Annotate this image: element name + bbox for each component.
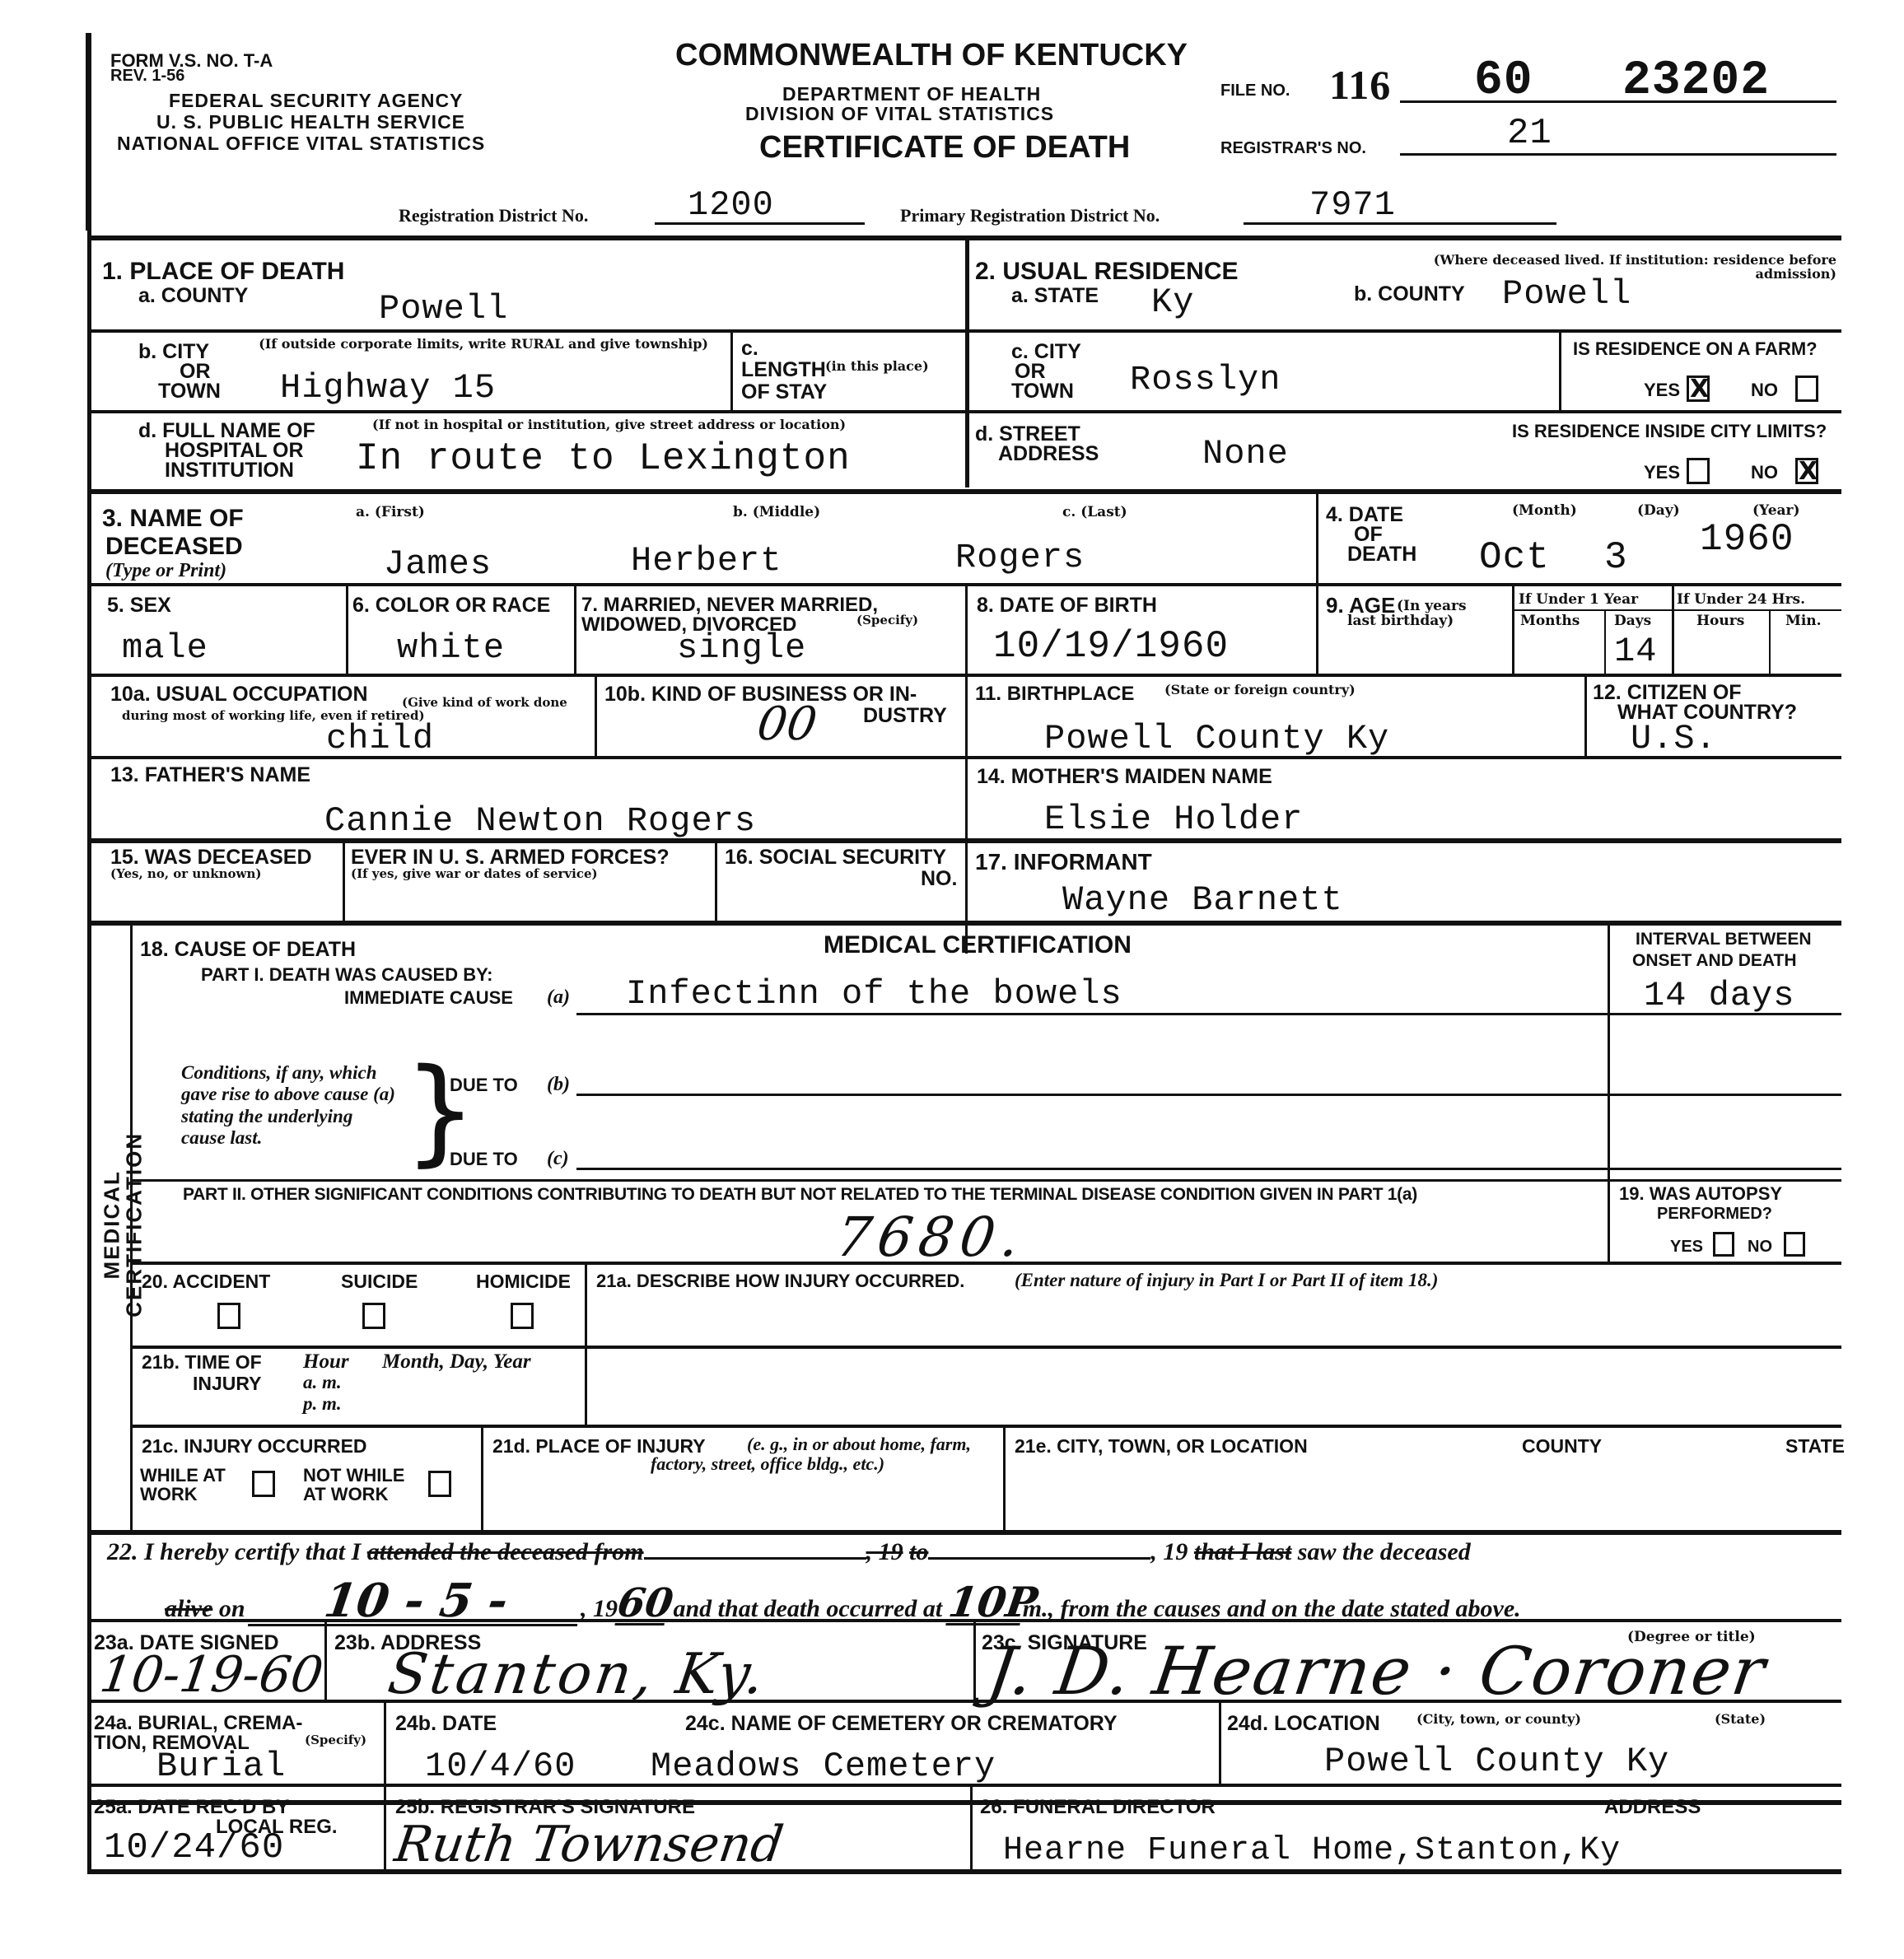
res-county-label: b. COUNTY xyxy=(1354,283,1465,305)
mdy-label: Month, Day, Year xyxy=(382,1350,531,1374)
accident-label: 20. ACCIDENT xyxy=(142,1271,270,1291)
recd-divider xyxy=(384,1787,386,1869)
stay-divider xyxy=(730,329,733,410)
informant-value: Wayne Barnett xyxy=(1062,883,1343,917)
registrar-sig-label: 25b. REGISTRAR'S SIGNATURE xyxy=(395,1797,695,1817)
not-while-work-checkbox[interactable] xyxy=(428,1471,451,1497)
residence-state-value: Ky xyxy=(1151,285,1194,320)
homicide-checkbox[interactable] xyxy=(511,1303,534,1329)
date-signed-value: 10-19-60 xyxy=(97,1650,326,1700)
burial-label-1: 24a. BURIAL, CREMA- xyxy=(94,1713,302,1733)
medical-side-label: MEDICAL CERTIFICATION xyxy=(101,1084,147,1364)
place-of-death-title: 1. PLACE OF DEATH xyxy=(102,259,344,285)
father-label: 13. FATHER'S NAME xyxy=(110,764,310,786)
dod-month-value: Oct xyxy=(1479,539,1550,576)
marital-label-1: 7. MARRIED, NEVER MARRIED, xyxy=(581,595,878,615)
registrar-divider xyxy=(970,1787,973,1869)
department-title: DEPARTMENT OF HEALTH xyxy=(782,84,1041,104)
part1-label: PART I. DEATH WAS CAUSED BY: xyxy=(201,965,492,984)
cert-struck-last: that I last xyxy=(1194,1538,1291,1565)
mother-value: Elsie Holder xyxy=(1044,802,1303,837)
last-name-value: Rogers xyxy=(955,540,1085,575)
residence-county-value: Powell xyxy=(1502,277,1631,311)
interval-label-1: INTERVAL BETWEEN xyxy=(1636,931,1812,949)
ssn-label-2: NO. xyxy=(921,868,957,889)
race-value: white xyxy=(397,631,505,665)
sex-value: male xyxy=(122,631,208,665)
autopsy-no-label: NO xyxy=(1748,1238,1772,1256)
row-divider-8 xyxy=(89,921,1841,926)
year-label: (Year) xyxy=(1752,504,1800,519)
location-value: Powell County Ky xyxy=(1324,1744,1669,1779)
recd-label-1: 25a. DATE REC'D BY xyxy=(94,1797,289,1817)
farm-no-label: NO xyxy=(1751,380,1778,399)
not-while-work-label: NOT WHILE AT WORK xyxy=(303,1466,427,1504)
deceased-label-3: (Type or Print) xyxy=(105,560,226,581)
marital-specify: (Specify) xyxy=(856,614,918,627)
months-label: Months xyxy=(1520,614,1580,629)
residence-title: 2. USUAL RESIDENCE xyxy=(975,259,1239,285)
farm-question: IS RESIDENCE ON A FARM? xyxy=(1573,339,1818,358)
file-no-label: FILE NO. xyxy=(1220,82,1290,100)
min-divider xyxy=(1769,609,1771,674)
dod-label-3: DEATH xyxy=(1347,543,1416,565)
under-1-year-label: If Under 1 Year xyxy=(1519,593,1638,608)
armed-divider-1 xyxy=(343,843,345,922)
date-signed-divider xyxy=(324,1622,327,1703)
city-note: (If outside corporate limits, write RURA… xyxy=(232,338,708,352)
hours-label: Hours xyxy=(1696,614,1744,629)
stay-note: (in this place) xyxy=(825,360,929,374)
registration-top-line xyxy=(89,1784,1841,1787)
autopsy-label-2: PERFORMED? xyxy=(1657,1206,1772,1223)
hospital-note: (If not in hospital or institution, give… xyxy=(372,418,952,432)
residence-street-value: None xyxy=(1202,436,1289,471)
armed-label-1: 15. WAS DECEASED xyxy=(110,847,312,868)
certification-top-line xyxy=(89,1530,1841,1535)
cause-label: 18. CAUSE OF DEATH xyxy=(140,939,356,960)
cemetery-label: 24c. NAME OF CEMETERY OR CREMATORY xyxy=(685,1713,1118,1734)
injury-top-line xyxy=(132,1262,1841,1265)
burial-date-value: 10/4/60 xyxy=(425,1749,576,1784)
while-work-label: WHILE AT WORK xyxy=(140,1466,239,1504)
location-note: (City, town, or county) xyxy=(1416,1713,1581,1727)
farm-yes-label: YES xyxy=(1644,380,1680,399)
burial-date-label: 24b. DATE xyxy=(395,1713,497,1734)
interval-label-2: ONSET AND DEATH xyxy=(1632,952,1797,970)
occupation-divider xyxy=(595,677,597,758)
primary-district-label: Primary Registration District No. xyxy=(900,206,1160,225)
informant-label: 17. INFORMANT xyxy=(975,850,1152,874)
file-no-year: 60 xyxy=(1474,58,1533,105)
suicide-checkbox[interactable] xyxy=(362,1303,385,1329)
days-label: Days xyxy=(1614,614,1651,629)
frame-bottom xyxy=(87,1800,1841,1805)
injury-mid-line xyxy=(132,1346,1841,1349)
middle-name-label: b. (Middle) xyxy=(733,506,820,520)
division-title: DIVISION OF VITAL STATISTICS xyxy=(745,104,1054,124)
business-divider xyxy=(965,677,968,954)
last-name-label: c. (Last) xyxy=(1062,506,1127,520)
city-limits-question: IS RESIDENCE INSIDE CITY LIMITS? xyxy=(1512,422,1827,441)
funeral-label: 26. FUNERAL DIRECTOR xyxy=(980,1797,1216,1817)
accident-checkbox[interactable] xyxy=(217,1303,240,1329)
month-label: (Month) xyxy=(1512,504,1577,519)
cert-line-1: 22. I hereby certify that I attended the… xyxy=(107,1538,1471,1565)
armed-note-1: (Yes, no, or unknown) xyxy=(110,868,261,881)
middle-name-value: Herbert xyxy=(631,543,782,578)
farm-no-checkbox[interactable] xyxy=(1795,375,1818,402)
hospital-label-3: INSTITUTION xyxy=(165,459,294,481)
county-injury-label: COUNTY xyxy=(1522,1436,1602,1456)
row-divider-3 xyxy=(89,489,1841,494)
while-work-checkbox[interactable] xyxy=(252,1471,275,1497)
registrar-no-line xyxy=(1400,153,1836,156)
cert-19-a: , 19 xyxy=(866,1538,903,1565)
deceased-label-1: 3. NAME OF xyxy=(102,506,244,532)
registration-bottom-line xyxy=(87,1869,1841,1874)
medical-section-title: MEDICAL CERTIFICATION xyxy=(824,932,1132,959)
address-divider xyxy=(973,1622,976,1703)
birthplace-label: 11. BIRTHPLACE xyxy=(975,683,1134,704)
business-label-2: DUSTRY xyxy=(863,705,947,726)
day-label: (Day) xyxy=(1637,504,1680,519)
state-injury-label: STATE xyxy=(1785,1436,1845,1456)
county-label: a. COUNTY xyxy=(138,285,248,306)
injury-how-label: 21a. DESCRIBE HOW INJURY OCCURRED. xyxy=(596,1271,964,1290)
mother-label: 14. MOTHER'S MAIDEN NAME xyxy=(977,766,1272,787)
time-label-1: 21b. TIME OF xyxy=(142,1352,262,1372)
limits-yes-checkbox[interactable] xyxy=(1687,458,1710,484)
citizen-value: U.S. xyxy=(1631,721,1717,756)
limits-no-label: NO xyxy=(1751,463,1778,482)
time-label-2: INJURY xyxy=(193,1374,262,1393)
row-divider-2 xyxy=(89,410,1841,413)
burial-value: Burial xyxy=(156,1749,286,1784)
first-name-value: James xyxy=(384,547,492,581)
file-no-line xyxy=(1400,100,1836,103)
days-divider xyxy=(1604,609,1606,674)
recd-value: 10/24/60 xyxy=(104,1830,284,1866)
death-county-value: Powell xyxy=(379,292,508,326)
ssn-label-1: 16. SOCIAL SECURITY xyxy=(725,847,946,868)
under24-divider xyxy=(1672,586,1674,674)
c-label: (c) xyxy=(547,1148,569,1169)
am-label: a. m. xyxy=(303,1372,342,1392)
form-revision: REV. 1-56 xyxy=(110,68,184,85)
registrar-no-label: REGISTRAR'S NO. xyxy=(1220,140,1366,157)
immediate-cause-value: Infectinn of the bowels xyxy=(626,977,1122,1011)
due-b-label: DUE TO xyxy=(450,1075,518,1094)
age-note-2: last birthday) xyxy=(1347,614,1454,629)
conditions-note: Conditions, if any, which gave rise to a… xyxy=(181,1062,395,1150)
death-city-value: Highway 15 xyxy=(280,371,496,405)
autopsy-no-checkbox[interactable] xyxy=(1784,1232,1805,1257)
address-value: Stanton, Ky. xyxy=(385,1647,771,1703)
certificate-title: CERTIFICATE OF DEATH xyxy=(759,132,1130,165)
age-sub-line xyxy=(1514,609,1841,611)
place-divider xyxy=(1003,1428,1006,1532)
farm-yes-mark: X xyxy=(1690,377,1709,402)
injury-low-line xyxy=(132,1425,1841,1428)
due-c-label: DUE TO xyxy=(450,1150,518,1168)
file-no-prefix: 116 xyxy=(1329,64,1391,105)
primary-district-value: 7971 xyxy=(1309,188,1396,222)
reg-district-value: 1200 xyxy=(688,188,774,222)
hospital-value: In route to Lexington xyxy=(356,440,851,478)
blank-to xyxy=(928,1557,1150,1560)
blank-from xyxy=(644,1557,866,1560)
place-injury-note: (e. g., in or about home, farm, factory,… xyxy=(544,1434,992,1474)
first-name-label: a. (First) xyxy=(356,506,425,520)
part2-code-value: 7680. xyxy=(833,1210,1029,1265)
res-city-town: TOWN xyxy=(1011,380,1074,402)
cert-19-b: , 19 xyxy=(1150,1538,1188,1565)
age-days-value: 14 xyxy=(1614,634,1657,669)
hour-label: Hour xyxy=(303,1350,349,1374)
burial-specify: (Specify) xyxy=(305,1734,366,1747)
residence-city-value: Rosslyn xyxy=(1130,362,1281,397)
armed-note-2: (If yes, give war or dates of service) xyxy=(351,868,598,881)
marital-divider xyxy=(965,586,968,674)
autopsy-yes-checkbox[interactable] xyxy=(1713,1232,1734,1257)
signature-top-line xyxy=(89,1619,1841,1622)
citizen-divider xyxy=(1584,677,1587,758)
dob-value: 10/19/1960 xyxy=(993,627,1229,665)
sex-label: 5. SEX xyxy=(107,595,171,616)
agency-line-2: U. S. PUBLIC HEALTH SERVICE xyxy=(156,112,465,132)
registration-left xyxy=(87,1784,91,1874)
injury-how-note: (Enter nature of injury in Part I or Par… xyxy=(1015,1270,1438,1290)
row-divider-1 xyxy=(89,329,1841,333)
immediate-label: IMMEDIATE CAUSE xyxy=(344,988,513,1007)
dod-year-value: 1960 xyxy=(1700,520,1794,558)
registrar-no: 21 xyxy=(1507,115,1552,152)
location-state-note: (State) xyxy=(1715,1713,1766,1727)
part2-top-line xyxy=(132,1179,1841,1182)
under-24-label: If Under 24 Hrs. xyxy=(1677,593,1805,608)
marital-value: single xyxy=(677,631,806,665)
birthplace-value: Powell County Ky xyxy=(1044,721,1389,756)
reg-district-label: Registration District No. xyxy=(399,206,588,225)
disposition-top-line xyxy=(89,1700,1841,1703)
interval-value: 14 days xyxy=(1644,978,1794,1013)
armed-label-2: EVER IN U. S. ARMED FORCES? xyxy=(351,847,670,868)
armed-divider-2 xyxy=(715,843,717,922)
state-label: a. STATE xyxy=(1011,285,1099,306)
occupation-value: child xyxy=(326,721,434,756)
birthplace-note: (State or foreign country) xyxy=(1164,683,1356,697)
deceased-label-2: DECEASED xyxy=(105,534,243,560)
due-b-line xyxy=(576,1094,1841,1096)
suicide-label: SUICIDE xyxy=(341,1271,418,1291)
funeral-address-label: ADDRESS xyxy=(1604,1797,1701,1817)
occurred-divider xyxy=(481,1428,483,1532)
b-label: (b) xyxy=(547,1074,570,1095)
autopsy-yes-label: YES xyxy=(1670,1238,1703,1256)
min-label: Min. xyxy=(1785,614,1822,629)
autopsy-label-1: 19. WAS AUTOPSY xyxy=(1619,1184,1782,1203)
limits-no-mark: X xyxy=(1799,459,1818,484)
race-divider xyxy=(574,586,576,674)
race-label: 6. COLOR OR RACE xyxy=(352,595,550,616)
agency-line-1: FEDERAL SECURITY AGENCY xyxy=(169,91,463,110)
cert-to: to xyxy=(909,1538,928,1565)
file-no-number: 23202 xyxy=(1622,58,1770,105)
dod-day-value: 3 xyxy=(1604,539,1628,576)
cert-struck-attended: attended the deceased from xyxy=(367,1538,644,1565)
homicide-label: HOMICIDE xyxy=(476,1271,571,1291)
cemetery-value: Meadows Cemetery xyxy=(651,1749,996,1784)
age-divider xyxy=(1512,586,1514,674)
cert-line-1-a: 22. I hereby certify that I xyxy=(107,1538,361,1565)
primary-district-line xyxy=(1244,222,1556,225)
city-injury-label: 21e. CITY, TOWN, OR LOCATION xyxy=(1015,1436,1308,1456)
burial-divider xyxy=(384,1703,386,1785)
due-c-line xyxy=(576,1168,1841,1170)
father-value: Cannie Newton Rogers xyxy=(324,804,756,838)
dob-label: 8. DATE OF BIRTH xyxy=(977,595,1157,616)
a-label: (a) xyxy=(547,986,570,1008)
street-label-2: ADDRESS xyxy=(998,443,1099,464)
cert-line-1-d: saw the deceased xyxy=(1298,1538,1471,1565)
limits-yes-label: YES xyxy=(1644,463,1680,482)
location-divider xyxy=(1219,1703,1221,1785)
farm-divider xyxy=(1559,329,1561,410)
agency-line-3: NATIONAL OFFICE VITAL STATISTICS xyxy=(117,133,485,153)
state-title: COMMONWEALTH OF KENTUCKY xyxy=(675,40,1188,72)
center-divider xyxy=(965,240,969,487)
signature-value: J. D. Hearne · Coroner xyxy=(983,1639,1770,1705)
sex-divider xyxy=(346,586,348,674)
pm-label: p. m. xyxy=(303,1393,342,1414)
occurred-label: 21c. INJURY OCCURRED xyxy=(142,1436,367,1456)
location-label: 24d. LOCATION xyxy=(1227,1713,1380,1734)
business-value: 00 xyxy=(754,702,819,748)
part2-label: PART II. OTHER SIGNIFICANT CONDITIONS CO… xyxy=(183,1186,1608,1204)
registrar-sig-value: Ruth Townsend xyxy=(392,1820,786,1869)
funeral-value: Hearne Funeral Home,Stanton,Ky xyxy=(1003,1835,1621,1868)
city-town-label: TOWN xyxy=(158,380,221,402)
